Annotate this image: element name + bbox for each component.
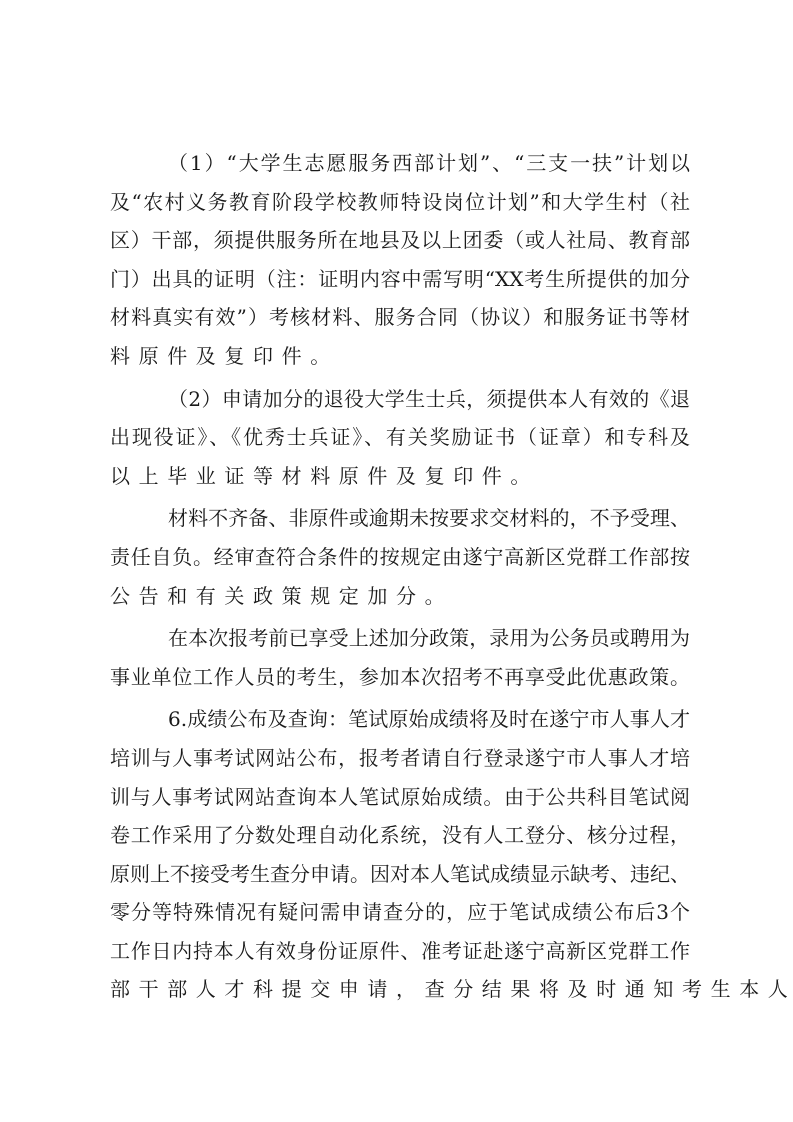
paragraph-section-6-score-publication: 6.成绩公布及查询：笔试原始成绩将及时在遂宁市人事人才 培训与人事考试网站公布，… [110, 700, 690, 1009]
text-line: 材料不齐备、非原件或逾期未按要求交材料的，不予受理、 [110, 499, 690, 538]
text-line: 培训与人事考试网站公布，报考者请自行登录遂宁市人事人才培 [110, 739, 690, 778]
text-line: 责任自负。经审查符合条件的按规定由遂宁高新区党群工作部按 [110, 538, 690, 577]
document-page: （1）“大学生志愿服务西部计划”、“三支一扶”计划以 及“农村义务教育阶段学校教… [110, 144, 690, 1013]
text-line: 及“农村义务教育阶段学校教师特设岗位计划”和大学生村（社 [110, 183, 690, 222]
text-line: 训与人事考试网站查询本人笔试原始成绩。由于公共科目笔试阅 [110, 778, 690, 817]
paragraph-prior-benefit-note: 在本次报考前已享受上述加分政策，录用为公务员或聘用为 事业单位工作人员的考生，参… [110, 619, 690, 696]
text-line: 出现役证》、《优秀士兵证》、有关奖励证书（证章）和专科及 [110, 418, 690, 457]
text-line: 原则上不接受考生查分申请。因对本人笔试成绩显示缺考、违纪、 [110, 855, 690, 894]
text-line: 在本次报考前已享受上述加分政策，录用为公务员或聘用为 [110, 619, 690, 658]
text-line: 料原件及复印件。 [110, 337, 690, 376]
text-line: 公告和有关政策规定加分。 [110, 577, 690, 616]
text-line: 门）出具的证明（注：证明内容中需写明“XX考生所提供的加分 [110, 260, 690, 299]
paragraph-item-2: （2）申请加分的退役大学生士兵，须提供本人有效的《退 出现役证》、《优秀士兵证》… [110, 380, 690, 496]
text-line: 部干部人才科提交申请，查分结果将及时通知考生本人。 [110, 970, 690, 1009]
text-line: 工作日内持本人有效身份证原件、准考证赴遂宁高新区党群工作 [110, 932, 690, 971]
text-line: （1）“大学生志愿服务西部计划”、“三支一扶”计划以 [110, 144, 690, 183]
paragraph-materials-note: 材料不齐备、非原件或逾期未按要求交材料的，不予受理、 责任自负。经审查符合条件的… [110, 499, 690, 615]
text-line: （2）申请加分的退役大学生士兵，须提供本人有效的《退 [110, 380, 690, 419]
text-line: 卷工作采用了分数处理自动化系统，没有人工登分、核分过程， [110, 816, 690, 855]
text-line: 材料真实有效”）考核材料、服务合同（协议）和服务证书等材 [110, 298, 690, 337]
text-line: 6.成绩公布及查询：笔试原始成绩将及时在遂宁市人事人才 [110, 700, 690, 739]
text-line: 事业单位工作人员的考生，参加本次招考不再享受此优惠政策。 [110, 658, 690, 697]
paragraph-item-1: （1）“大学生志愿服务西部计划”、“三支一扶”计划以 及“农村义务教育阶段学校教… [110, 144, 690, 376]
text-line: 零分等特殊情况有疑问需申请查分的，应于笔试成绩公布后3个 [110, 893, 690, 932]
text-line: 区）干部，须提供服务所在地县及以上团委（或人社局、教育部 [110, 221, 690, 260]
text-line: 以上毕业证等材料原件及复印件。 [110, 457, 690, 496]
